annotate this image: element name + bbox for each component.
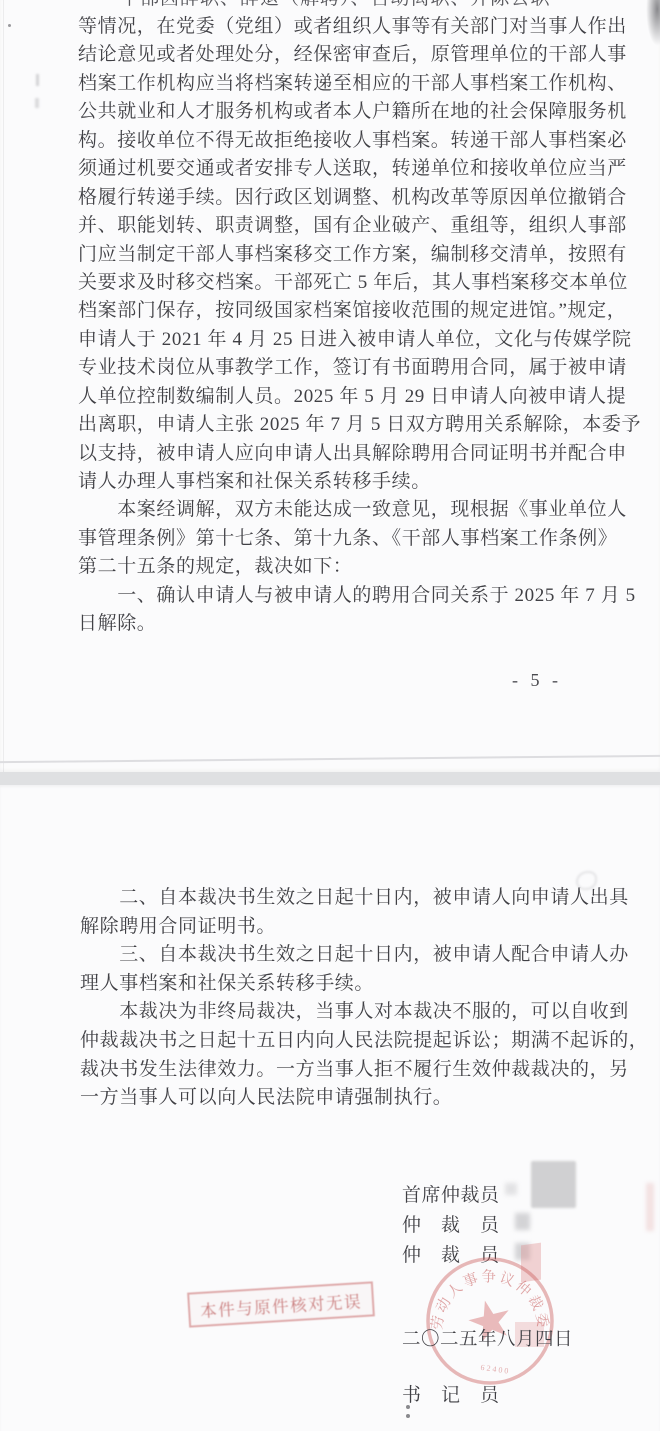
scan-speck <box>36 74 39 86</box>
text-line: 本裁决为非终局裁决，当事人对本裁决不服的，可以自收到 <box>80 998 630 1027</box>
text-line: 以支持，被申请人应向申请人出具解除聘用合同证明书并配合申 <box>78 440 623 468</box>
clipped-top-text-line: 干部因辞职、辞退（解聘）、自动离职、开除公职 <box>120 0 551 10</box>
text-line: 事管理条例》第十七条、第十九条、《干部人事档案工作条例》 <box>78 525 623 553</box>
text-line: 门应当制定干部人事档案移交工作方案，编制移交清单，按照有 <box>78 241 623 269</box>
arbitrator-label-1: 仲 裁 员 <box>402 1210 500 1237</box>
text-line: 申请人于 2021 年 4 月 25 日进入被申请人单位，文化与传媒学院 <box>78 326 623 354</box>
page-2: 二、自本裁决书生效之日起十日内，被申请人向申请人出具解除聘用合同证明书。 三、自… <box>0 785 660 1431</box>
text-line: 出离职，申请人主张 2025 年 7 月 5 日双方聘用关系解除，本委予 <box>78 411 623 439</box>
scan-smudge <box>646 0 660 46</box>
page-bottom-edge <box>0 745 660 763</box>
text-line: 关要求及时移交档案。干部死亡 5 年后，其人事档案移交本单位 <box>78 269 623 297</box>
text-line: 一方当事人可以向人民法院申请强制执行。 <box>80 1084 630 1113</box>
text-line: 等情况，在党委（党组）或者组织人事等有关部门对当事人作出 <box>78 13 623 41</box>
text-line: 裁决书发生法律效力。一方当事人拒不履行生效仲裁裁决的，另 <box>80 1056 630 1085</box>
round-seal-graphic: 劳动人事争议仲裁委 ★ 62400 <box>424 1255 556 1387</box>
round-official-seal: 劳动人事争议仲裁委 ★ 62400 <box>424 1255 556 1387</box>
seal-number: 62400 <box>480 1363 511 1376</box>
text-line: 结论意见或者处理处分，经保密审查后，原管理单位的干部人事 <box>78 41 623 69</box>
copy-verification-stamp-text: 本件与原件核对无误 <box>199 1288 362 1322</box>
text-line: 理人事档案和社保关系转移手续。 <box>80 970 630 999</box>
text-line: 一、确认申请人与被申请人的聘用合同关系于 2025 年 7 月 5 <box>78 582 623 610</box>
text-line: 三、自本裁决书生效之日起十日内，被申请人配合申请人办 <box>80 941 630 970</box>
text-line: 第二十五条的规定，裁决如下： <box>78 553 623 581</box>
page-1-body-text: 等情况，在党委（党组）或者组织人事等有关部门对当事人作出结论意见或者处理处分，经… <box>78 13 623 639</box>
text-line: 本案经调解，双方未能达成一致意见，现根据《事业单位人 <box>78 496 623 524</box>
text-line: 日解除。 <box>78 610 623 638</box>
scan-speck <box>8 24 11 27</box>
text-line: 构。接收单位不得无故拒绝接收人事档案。转递干部人事档案必 <box>78 127 623 155</box>
decision-date: 二〇二五年八月四日 <box>402 1325 573 1351</box>
chief-arbitrator-label: 首席仲裁员 <box>402 1180 500 1207</box>
text-line: 档案部门保存，按同级国家档案馆接收范围的规定进馆。”规定， <box>78 297 623 325</box>
page-number: - 5 - <box>512 670 562 691</box>
scan-smudge <box>646 1183 654 1231</box>
redaction-block <box>531 1161 576 1208</box>
text-line: 公共就业和人才服务机构或者本人户籍所在地的社会保障服务机 <box>78 98 623 126</box>
text-line: 须通过机要交通或者安排专人送取，转递单位和接收单位应当严 <box>78 155 623 183</box>
text-line: 专业技术岗位从事教学工作，签订有书面聘用合同，属于被申请 <box>78 354 623 382</box>
text-line: 并、职能划转、职责调整，国有企业破产、重组等，组织人事部 <box>78 212 623 240</box>
text-line: 请人办理人事档案和社保关系转移手续。 <box>78 468 623 496</box>
text-line: 人单位控制数编制人员。2025 年 5 月 29 日申请人向被申请人提 <box>78 383 623 411</box>
scan-edge-line <box>3 0 4 772</box>
page-2-body-text: 二、自本裁决书生效之日起十日内，被申请人向申请人出具解除聘用合同证明书。 三、自… <box>80 884 630 1113</box>
copy-verification-stamp: 本件与原件核对无误 <box>187 1281 375 1327</box>
scan-speck <box>35 98 39 108</box>
page-1: 干部因辞职、辞退（解聘）、自动离职、开除公职 等情况，在党委（党组）或者组织人事… <box>0 0 660 772</box>
text-line: 二、自本裁决书生效之日起十日内，被申请人向申请人出具 <box>80 884 630 913</box>
text-line: 格履行转递手续。因行政区划调整、机构改革等原因单位撤销合 <box>78 184 623 212</box>
text-line: 档案工作机构应当将档案转递至相应的干部人事档案工作机构、 <box>78 70 623 98</box>
faint-signature <box>515 1213 530 1230</box>
scanned-document-view: 干部因辞职、辞退（解聘）、自动离职、开除公职 等情况，在党委（党组）或者组织人事… <box>0 0 660 1431</box>
text-line: 解除聘用合同证明书。 <box>80 913 630 942</box>
text-line: 仲裁裁决书之日起十五日内向人民法院提起诉讼；期满不起诉的， <box>80 1027 630 1056</box>
faint-signature <box>505 1183 517 1195</box>
